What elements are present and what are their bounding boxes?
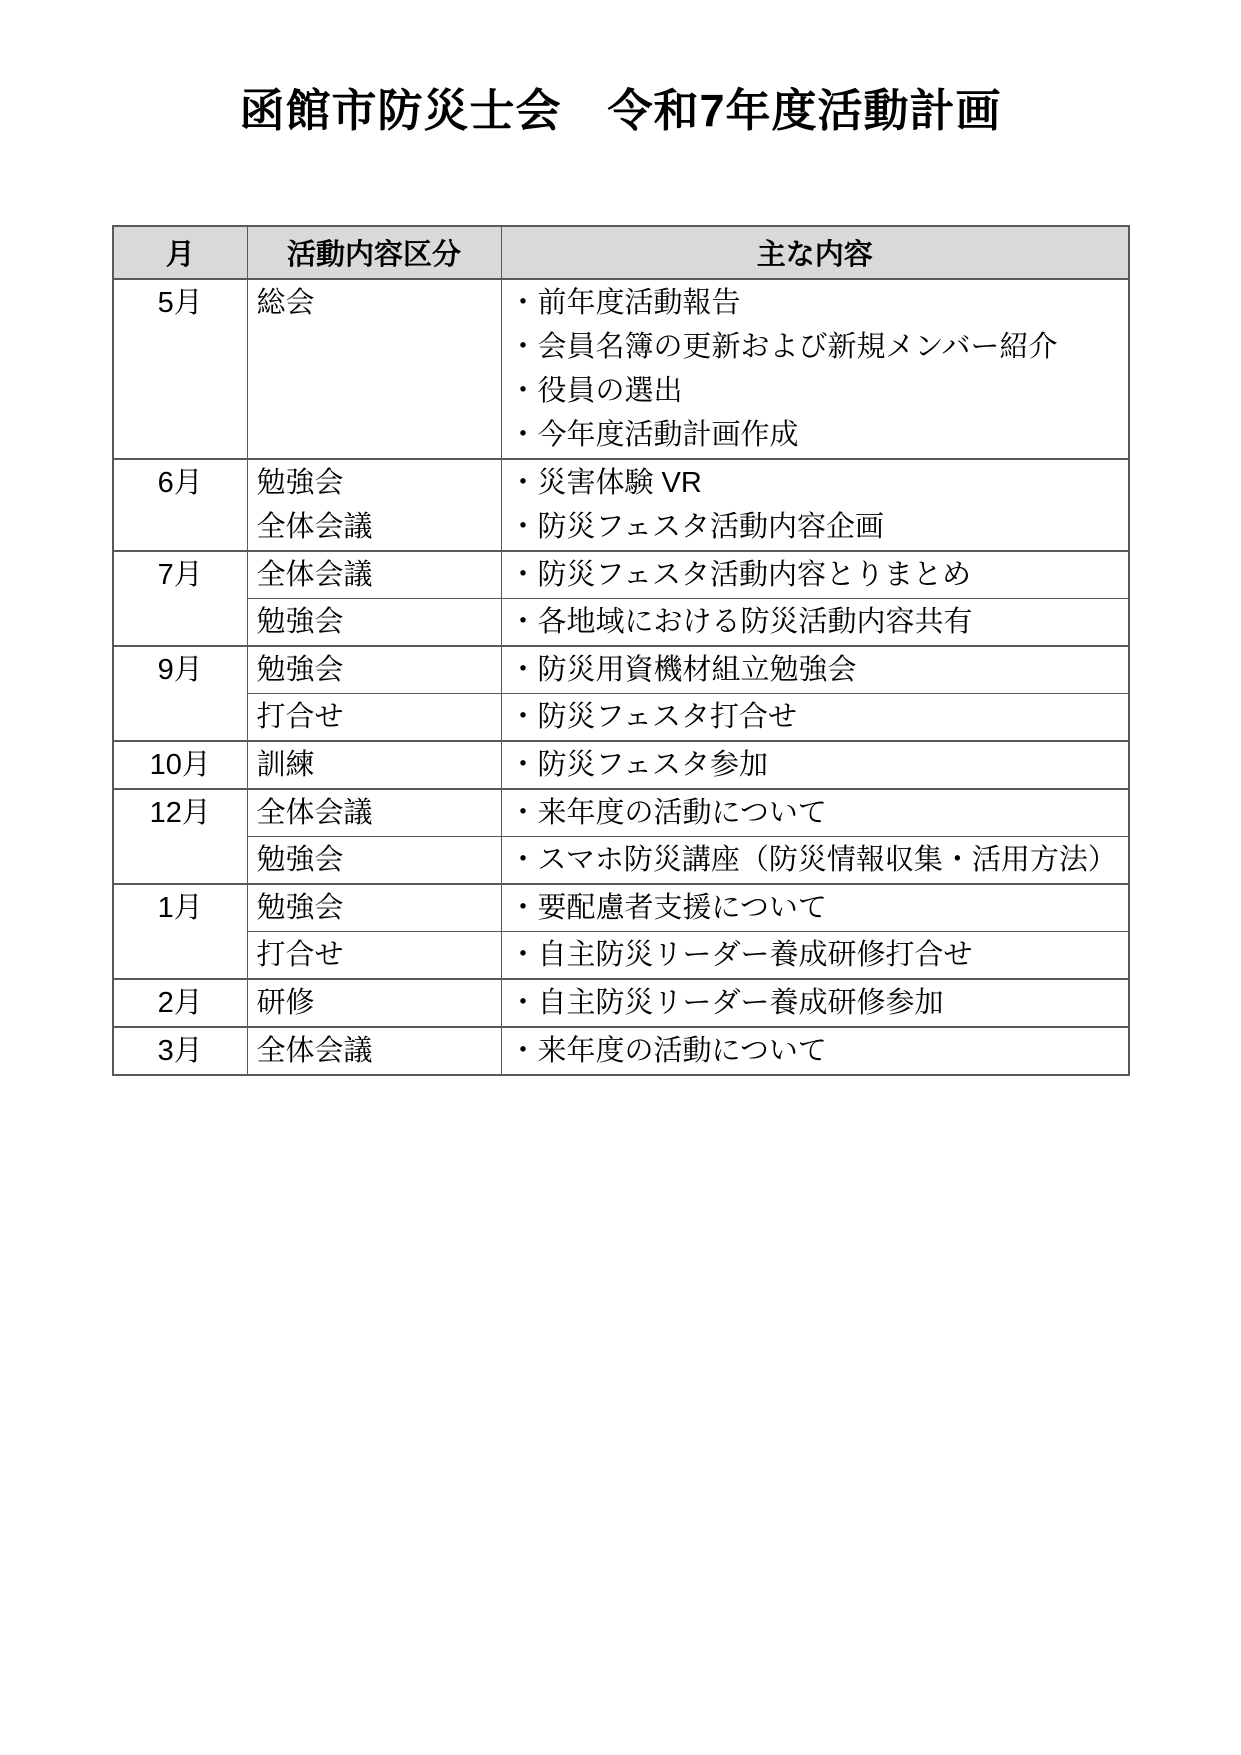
content-cell: ・各地域における防災活動内容共有 <box>501 599 1129 647</box>
category-cell: 勉強会 <box>247 599 501 647</box>
month-cell: 1月 <box>113 884 247 979</box>
category-cell: 打合せ <box>247 694 501 742</box>
month-cell: 3月 <box>113 1027 247 1075</box>
category-label: 勉強会 <box>257 600 501 644</box>
category-label: 研修 <box>257 981 501 1025</box>
content-item: ・前年度活動報告 <box>509 281 1129 325</box>
content-item: ・来年度の活動について <box>509 1029 1129 1073</box>
month-label: 12月 <box>114 791 247 835</box>
category-label: 勉強会 <box>257 648 501 692</box>
month-label: 9月 <box>114 648 247 692</box>
table-row: 6月勉強会全体会議・災害体験 VR・防災フェスタ活動内容企画 <box>113 459 1129 551</box>
content-item: ・自主防災リーダー養成研修参加 <box>509 981 1129 1025</box>
content-item: ・防災フェスタ活動内容企画 <box>509 505 1129 549</box>
month-cell: 10月 <box>113 741 247 789</box>
table-row: 3月全体会議・来年度の活動について <box>113 1027 1129 1075</box>
month-cell: 2月 <box>113 979 247 1027</box>
category-cell: 研修 <box>247 979 501 1027</box>
category-label: 全体会議 <box>257 505 501 549</box>
category-cell: 勉強会 <box>247 837 501 885</box>
month-cell: 7月 <box>113 551 247 646</box>
table-row: 9月勉強会・防災用資機材組立勉強会 <box>113 646 1129 694</box>
page-title: 函館市防災士会 令和7年度活動計画 <box>0 82 1241 140</box>
category-cell: 勉強会 <box>247 646 501 694</box>
category-cell: 訓練 <box>247 741 501 789</box>
month-label: 6月 <box>114 461 247 505</box>
table-row: 勉強会・各地域における防災活動内容共有 <box>113 599 1129 647</box>
content-cell: ・前年度活動報告・会員名簿の更新および新規メンバー紹介・役員の選出・今年度活動計… <box>501 279 1129 459</box>
content-item: ・会員名簿の更新および新規メンバー紹介 <box>509 325 1129 369</box>
category-label: 打合せ <box>257 933 501 977</box>
category-cell: 打合せ <box>247 932 501 980</box>
content-item: ・来年度の活動について <box>509 791 1129 835</box>
content-item: ・要配慮者支援について <box>509 886 1129 930</box>
content-cell: ・自主防災リーダー養成研修打合せ <box>501 932 1129 980</box>
month-cell: 12月 <box>113 789 247 884</box>
category-label: 全体会議 <box>257 1029 501 1073</box>
content-cell: ・防災フェスタ活動内容とりまとめ <box>501 551 1129 599</box>
month-cell: 5月 <box>113 279 247 459</box>
content-item: ・今年度活動計画作成 <box>509 413 1129 457</box>
category-cell: 勉強会 <box>247 884 501 932</box>
category-label: 勉強会 <box>257 886 501 930</box>
header-main-content: 主な内容 <box>501 226 1129 279</box>
content-cell: ・防災フェスタ打合せ <box>501 694 1129 742</box>
category-label: 訓練 <box>257 743 501 787</box>
content-cell: ・災害体験 VR・防災フェスタ活動内容企画 <box>501 459 1129 551</box>
content-cell: ・防災フェスタ参加 <box>501 741 1129 789</box>
category-label: 総会 <box>257 281 501 325</box>
content-item: ・防災フェスタ活動内容とりまとめ <box>509 553 1129 597</box>
table-row: 打合せ・自主防災リーダー養成研修打合せ <box>113 932 1129 980</box>
header-month: 月 <box>113 226 247 279</box>
table-row: 7月全体会議・防災フェスタ活動内容とりまとめ <box>113 551 1129 599</box>
content-item: ・自主防災リーダー養成研修打合せ <box>509 933 1129 977</box>
category-cell: 全体会議 <box>247 1027 501 1075</box>
category-label: 全体会議 <box>257 553 501 597</box>
category-label: 勉強会 <box>257 461 501 505</box>
activity-plan-table: 月 活動内容区分 主な内容 5月総会・前年度活動報告・会員名簿の更新および新規メ… <box>112 225 1130 1076</box>
content-cell: ・防災用資機材組立勉強会 <box>501 646 1129 694</box>
content-item: ・防災フェスタ打合せ <box>509 695 1129 739</box>
content-cell: ・来年度の活動について <box>501 789 1129 837</box>
month-cell: 6月 <box>113 459 247 551</box>
content-item: ・スマホ防災講座（防災情報収集・活用方法） <box>509 838 1129 882</box>
category-label: 全体会議 <box>257 791 501 835</box>
category-cell: 全体会議 <box>247 789 501 837</box>
table-row: 勉強会・スマホ防災講座（防災情報収集・活用方法） <box>113 837 1129 885</box>
content-cell: ・要配慮者支援について <box>501 884 1129 932</box>
content-item: ・防災フェスタ参加 <box>509 743 1129 787</box>
category-label: 勉強会 <box>257 838 501 882</box>
table-row: 打合せ・防災フェスタ打合せ <box>113 694 1129 742</box>
month-label: 1月 <box>114 886 247 930</box>
month-label: 2月 <box>114 981 247 1025</box>
activity-plan-body: 5月総会・前年度活動報告・会員名簿の更新および新規メンバー紹介・役員の選出・今年… <box>113 279 1129 1075</box>
month-cell: 9月 <box>113 646 247 741</box>
month-label: 5月 <box>114 281 247 325</box>
table-row: 12月全体会議・来年度の活動について <box>113 789 1129 837</box>
category-label: 打合せ <box>257 695 501 739</box>
month-label: 10月 <box>114 743 247 787</box>
content-cell: ・スマホ防災講座（防災情報収集・活用方法） <box>501 837 1129 885</box>
content-cell: ・自主防災リーダー養成研修参加 <box>501 979 1129 1027</box>
category-cell: 総会 <box>247 279 501 459</box>
table-row: 2月研修・自主防災リーダー養成研修参加 <box>113 979 1129 1027</box>
content-item: ・各地域における防災活動内容共有 <box>509 600 1129 644</box>
month-label: 3月 <box>114 1029 247 1073</box>
document-page: 函館市防災士会 令和7年度活動計画 月 活動内容区分 主な内容 5月総会・前年度… <box>0 82 1241 1076</box>
content-item: ・役員の選出 <box>509 369 1129 413</box>
table-row: 5月総会・前年度活動報告・会員名簿の更新および新規メンバー紹介・役員の選出・今年… <box>113 279 1129 459</box>
content-item: ・災害体験 VR <box>509 461 1129 505</box>
header-category: 活動内容区分 <box>247 226 501 279</box>
table-row: 1月勉強会・要配慮者支援について <box>113 884 1129 932</box>
content-item: ・防災用資機材組立勉強会 <box>509 648 1129 692</box>
content-cell: ・来年度の活動について <box>501 1027 1129 1075</box>
category-cell: 全体会議 <box>247 551 501 599</box>
header-row: 月 活動内容区分 主な内容 <box>113 226 1129 279</box>
table-header: 月 活動内容区分 主な内容 <box>113 226 1129 279</box>
category-cell: 勉強会全体会議 <box>247 459 501 551</box>
month-label: 7月 <box>114 553 247 597</box>
table-row: 10月訓練・防災フェスタ参加 <box>113 741 1129 789</box>
